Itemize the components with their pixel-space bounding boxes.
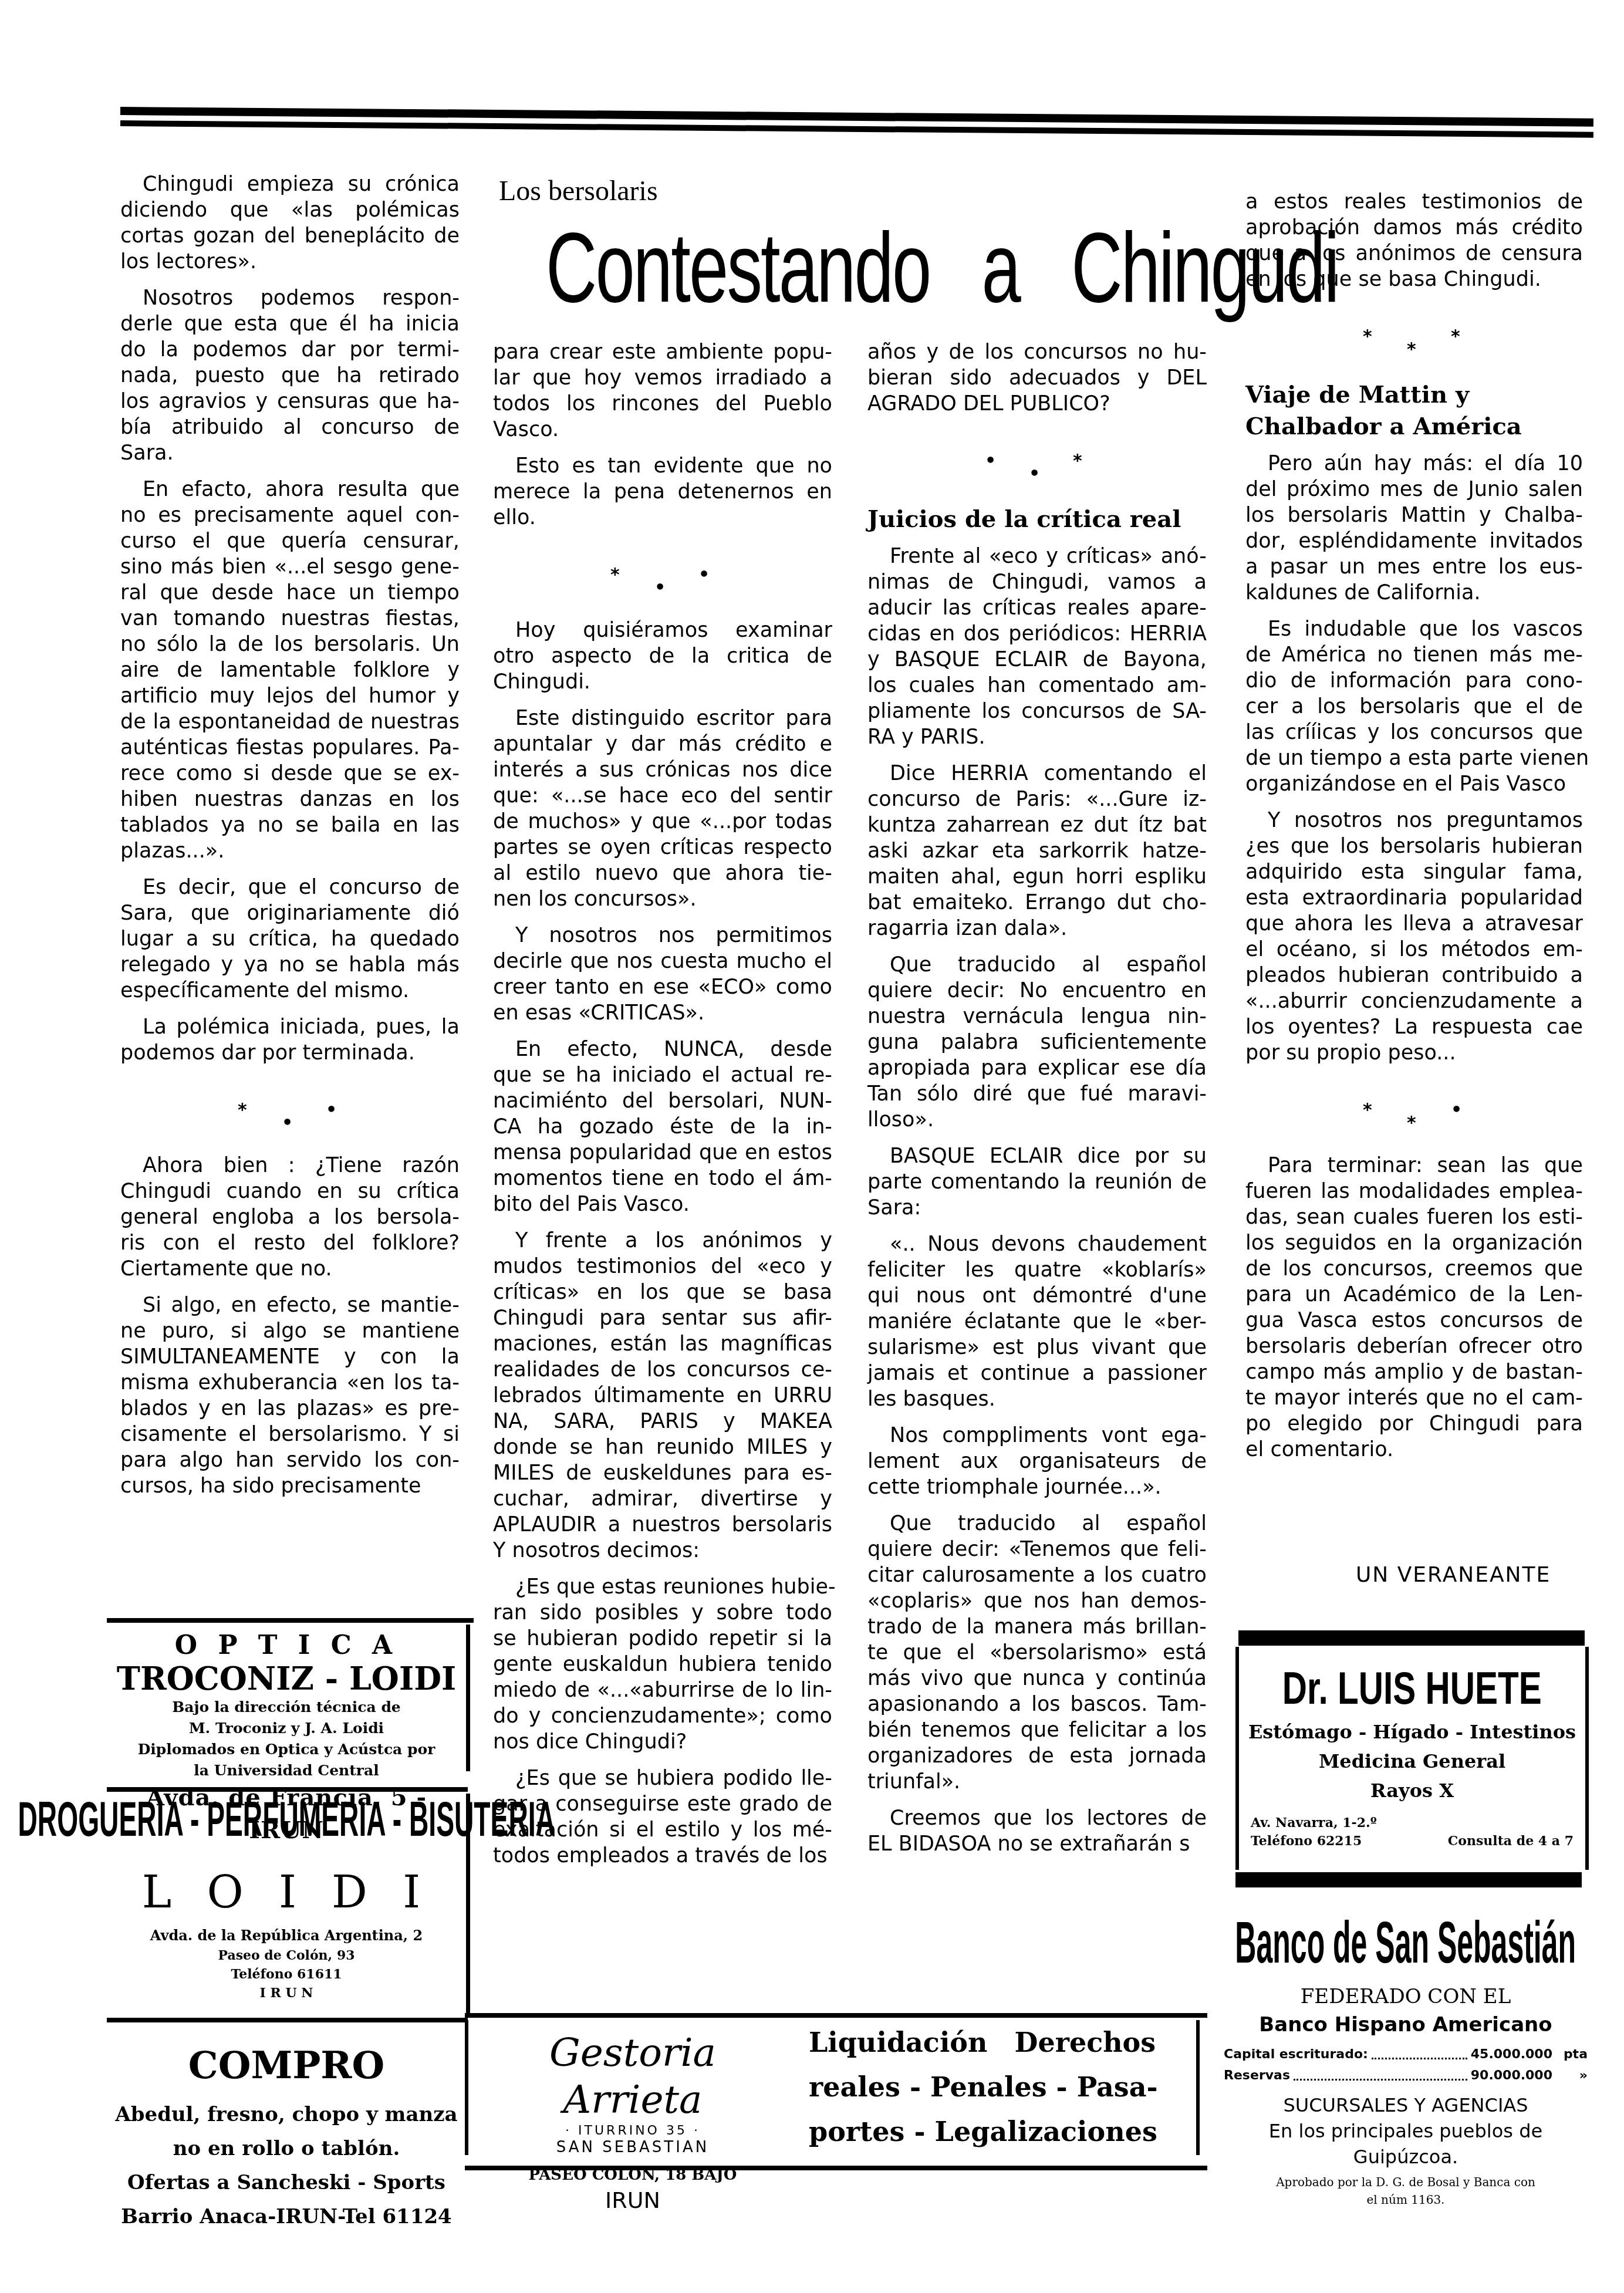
article-column-4: a estos reales testimonios deaprobación … [1245,189,1583,1473]
compro-line: no en rollo o tablón. [107,2132,466,2166]
gestoria-logo-address: · ITURRINO 35 · [474,2123,791,2139]
article-paragraph: En efacto, ahora resulta queno es precis… [120,477,460,864]
paragraph-line: podemos dar por terminada. [120,1040,460,1066]
optica-line: M. Troconiz y J. A. Loidi [107,1718,466,1739]
paragraph-line: ris con el resto del folklore? [120,1230,460,1256]
paragraph-line: guna palabra suficientemente [867,1029,1207,1055]
paragraph-line: creer tanto en ese «ECO» como [493,974,832,1000]
article-paragraph: Hoy quisiéramos examinarotro aspecto de … [493,617,832,695]
banco-ad: Banco de San Sebastián FEDERADO CON EL B… [1224,1910,1588,2208]
paragraph-line: bieran sido adecuados y DEL [867,365,1207,391]
paragraph-line: blados y en las plazas» es pre- [120,1396,460,1421]
paragraph-line: Creemos que los lectores de [867,1805,1207,1831]
paragraph-line: La polémica iniciada, pues, la [120,1014,460,1040]
huete-specialty: Medicina General [1239,1747,1585,1776]
paragraph-line: curso el que quería censurar, [120,528,460,554]
paragraph-line: do la podemos dar por termi- [120,337,460,363]
paragraph-line: específicamente del mismo. [120,978,460,1004]
paragraph-line: Hoy quisiéramos examinar [493,617,832,643]
drogueria-line: Avda. de la República Argentina, 2 [107,1925,466,1946]
paragraph-line: nos dice Chingudi? [493,1729,832,1755]
paragraph-line: Y nosotros nos preguntamos [1245,808,1583,833]
paragraph-line: lloso». [867,1107,1207,1133]
paragraph-line: Sara. [120,440,460,466]
article-paragraph: Creemos que los lectores deEL BIDASOA no… [867,1805,1207,1857]
article-paragraph: Es indudable que los vascosde América no… [1245,616,1583,797]
section-separator-asterisks: *•• [493,541,832,617]
paragraph-line: cette triomphale journée...». [867,1474,1207,1500]
article-paragraph: BASQUE ECLAIR dice por suparte comentand… [867,1143,1207,1221]
paragraph-line: decirle que nos cuesta mucho el [493,948,832,974]
paragraph-line: artificio muy lejos del humor y [120,683,460,709]
article-paragraph: Esto es tan evidente que nomerece la pen… [493,453,832,531]
paragraph-line: organizándose en el Pais Vasco [1245,771,1583,797]
paragraph-line: de los concursos, creemos que [1245,1256,1583,1282]
paragraph-line: bía atribuido al concurso de [120,414,460,440]
paragraph-line: esta extraordinaria popularidad [1245,885,1583,911]
paragraph-line: misma exhuberancia «en los ta- [120,1370,460,1396]
paragraph-line: miedo de «...«aburrirse de lo lin- [493,1677,832,1703]
section-separator-asterisks: **• [1245,1076,1583,1153]
drogueria-line: I R U N [107,1984,466,2002]
paragraph-line: te mayor interés que no el cam- [1245,1385,1583,1411]
paragraph-line: se hubieran podido repetir si la [493,1626,832,1652]
paragraph-line: Chingudi para sentar sus afir- [493,1305,832,1331]
asterisk-icon: * [1363,326,1372,347]
gestoria-city: IRUN [474,2187,791,2214]
paragraph-line: nacimiénto del bersolari, NUN- [493,1088,832,1114]
article-paragraph: a estos reales testimonios deaprobación … [1245,189,1583,292]
paragraph-line: los cuales han comentado am- [867,673,1207,698]
paragraph-line: dio de información para cono- [1245,668,1583,694]
drogueria-name: L O I D I [107,1865,466,1919]
paragraph-line: po elegido por Chingudi para [1245,1411,1583,1437]
article-headline: Contestando a Chingudi [546,211,1338,325]
asterisk-icon: • [654,578,666,598]
optica-title: O P T I C A [107,1630,466,1660]
paragraph-line: Pero aún hay más: el día 10 [1245,451,1583,477]
banco-sucursales: SUCURSALES Y AGENCIAS [1224,2092,1588,2118]
paragraph-line: los oyentes? La respuesta cae [1245,1014,1583,1040]
article-paragraph: En efecto, NUNCA, desdeque se ha iniciad… [493,1036,832,1217]
optica-line: Bajo la dirección técnica de [107,1697,466,1718]
paragraph-line: relegado y ya no se habla más [120,952,460,978]
paragraph-line: para crear este ambiente popu- [493,339,832,365]
asterisk-icon: • [1451,1100,1462,1120]
paragraph-line: MILES de euskeldunes para es- [493,1460,832,1486]
paragraph-line: años y de los concursos no hu- [867,339,1207,365]
paragraph-line: qui nous ont démontré d'une [867,1283,1207,1309]
paragraph-line: partes se oyen críticas respecto [493,835,832,860]
paragraph-line: Que traducido al español [867,952,1207,978]
paragraph-line: sino más bien «...el sesgo gene- [120,554,460,580]
gestoria-logo: Gestoria Arrieta [474,2029,791,2123]
asterisk-icon: • [1029,464,1040,484]
paragraph-line: concurso de Paris: «...Gure iz- [867,786,1207,812]
banco-reservas-label: Reservas [1224,2065,1290,2086]
paragraph-line: kaldunes de California. [1245,580,1583,606]
paragraph-line: para un Académico de la Len- [1245,1282,1583,1308]
paragraph-line: RA y PARIS. [867,724,1207,750]
paragraph-line: ¿es que los bersolaris hubieran [1245,833,1583,859]
paragraph-line: hiben nuestras danzas en los [120,786,460,812]
asterisk-icon: * [1407,339,1416,360]
paragraph-line: Y nosotros decimos: [493,1538,832,1563]
section-heading: Viaje de Mattin y Chalbador a América [1245,379,1583,443]
paragraph-line: En efecto, NUNCA, desde [493,1036,832,1062]
paragraph-line: Sara: [867,1195,1207,1221]
asterisk-icon: * [610,565,620,585]
paragraph-line: lebrados últimamente en URRU [493,1383,832,1409]
paragraph-line: lar que hoy vemos irradiado a [493,365,832,391]
paragraph-line: en los que se basa Chingudi. [1245,266,1583,292]
gestoria-ad: Gestoria Arrieta · ITURRINO 35 · SAN SEB… [465,2020,1200,2155]
paragraph-line: adquirido esta singular fama, [1245,859,1583,885]
paragraph-line: donde se han reunido MILES y [493,1434,832,1460]
paragraph-line: apropiada para explicar ese día [867,1055,1207,1081]
paragraph-line: lement aux organisateurs de [867,1448,1207,1474]
paragraph-line: apuntalar y dar más crédito e [493,731,832,757]
paragraph-line: pleados hubieran contribuido a [1245,963,1583,988]
paragraph-line: nada, puesto que ha retirado [120,363,460,389]
paragraph-line: van tomando nuestras fiestas, [120,606,460,631]
paragraph-line: Sara, que originariamente dió [120,900,460,926]
article-column-3: años y de los concursos no hu-bieran sid… [867,339,1207,1868]
paragraph-line: maciones, están las magníficas [493,1331,832,1357]
section-separator-asterisks: ••* [867,427,1207,504]
paragraph-line: mudos testimonios del «eco y [493,1254,832,1279]
banco-region: Guipúzcoa. [1224,2144,1588,2170]
banco-federado: FEDERADO CON EL [1224,1983,1588,2010]
huete-address: Av. Navarra, 1-2.º [1239,1812,1585,1833]
paragraph-line: no es precisamente aquel con- [120,502,460,528]
article-paragraph: Ahora bien : ¿Tiene razónChingudi cuando… [120,1153,460,1282]
paragraph-line: el océano, si los métodos em- [1245,937,1583,963]
banco-approval: Aprobado por la D. G. de Bosal y Banca c… [1224,2173,1588,2191]
paragraph-line: Ciertamente que no. [120,1256,460,1282]
paragraph-line: parte comentando la reunión de [867,1169,1207,1195]
paragraph-line: te que el «bersolarismo» está [867,1640,1207,1666]
paragraph-line: los bersolaris Mattin y Chalba- [1245,502,1583,528]
paragraph-line: Tan sólo diré que fué maravi- [867,1081,1207,1107]
paragraph-line: momentos tiene en todo el ám- [493,1166,832,1191]
paragraph-line: más vivo que nunca y continúa [867,1666,1207,1691]
paragraph-line: cuchar, admirar, divertirse y [493,1486,832,1512]
paragraph-line: mensa popularidad que en estos [493,1140,832,1166]
article-paragraph: «.. Nous devons chaudementfeliciter les … [867,1231,1207,1412]
gestoria-service: reales - Penales - Pasa- [809,2065,1190,2109]
paragraph-line: aducir las críticas reales apare- [867,595,1207,621]
paragraph-line: nen los concursos». [493,886,832,912]
compro-title: COMPRO [107,2042,466,2089]
paragraph-line: en esas «CRITICAS». [493,1000,832,1026]
paragraph-line: cursos, ha sido precisamente [120,1473,460,1499]
optica-ad: O P T I C A TROCONIZ - LOIDI Bajo la dir… [107,1625,470,1771]
banco-capital-unit: pta [1552,2044,1588,2065]
paragraph-line: les basques. [867,1386,1207,1412]
banco-capital-value: 45.000.000 [1471,2044,1552,2065]
banco-approval-number: el núm 1163. [1224,2191,1588,2208]
paragraph-line: cortas gozan del beneplácito de [120,223,460,249]
asterisk-icon: * [1073,451,1082,471]
paragraph-line: Dice HERRIA comentando el [867,761,1207,786]
paragraph-line: que: «...se hace eco del sentir [493,783,832,809]
huete-phone: Teléfono 62215 [1251,1833,1362,1849]
optica-name: TROCONIZ - LOIDI [107,1660,466,1697]
paragraph-line: BASQUE ECLAIR dice por su [867,1143,1207,1169]
paragraph-line: fueren las modalidades emplea- [1245,1178,1583,1204]
paragraph-line: para algo han servido los con- [120,1447,460,1473]
paragraph-line: auténticas fiestas populares. Pa- [120,735,460,761]
paragraph-line: a estos reales testimonios de [1245,189,1583,215]
huete-name: Dr. LUIS HUETE [1239,1664,1585,1711]
asterisk-icon: • [985,451,996,471]
asterisk-icon: * [1363,1100,1372,1120]
paragraph-line: que ahora les lleva a atravesar [1245,911,1583,937]
paragraph-line: los agravios y censuras que ha- [120,389,460,414]
article-paragraph: Dice HERRIA comentando elconcurso de Par… [867,761,1207,941]
section-separator-asterisks: *•• [120,1076,460,1153]
paragraph-line: de América no tienen más me- [1245,642,1583,668]
paragraph-line: al estilo nuevo que ahora tie- [493,860,832,886]
paragraph-line: otro aspecto de la critica de [493,643,832,669]
paragraph-line: dor, espléndidamente invitados [1245,528,1583,554]
article-column-2: para crear este ambiente popu-lar que ho… [493,339,832,1879]
paragraph-line: críticas» en los que se basa [493,1279,832,1305]
optica-line: la Universidad Central [107,1760,466,1781]
paragraph-line: triunfal». [867,1769,1207,1795]
paragraph-line: de muchos» y que «...por todas [493,809,832,835]
paragraph-line: trado de la manera más brillan- [867,1614,1207,1640]
paragraph-line: Este distinguido escritor para [493,705,832,731]
article-paragraph: ¿Es que estas reuniones hubie-ran sido p… [493,1574,832,1755]
paragraph-line: nuestra vernácula lengua nin- [867,1004,1207,1029]
paragraph-line: bat emaiteko. Errango dut cho- [867,890,1207,916]
asterisk-icon: * [1451,326,1460,347]
paragraph-line: «...aburrir concienzudamente a [1245,988,1583,1014]
paragraph-line: organizadores de esta jornada [867,1743,1207,1769]
paragraph-line: «coplaris» que nos han demos- [867,1588,1207,1614]
paragraph-line: Ahora bien : ¿Tiene razón [120,1153,460,1178]
article-paragraph: Este distinguido escritor paraapuntalar … [493,705,832,912]
drogueria-line: Paseo de Colón, 93 [107,1946,466,1965]
paragraph-line: maiten ahal, egun horri espliku [867,864,1207,890]
paragraph-line: AGRADO DEL PUBLICO? [867,391,1207,417]
huete-specialty: Estómago - Hígado - Intestinos [1239,1717,1585,1747]
article-paragraph: años y de los concursos no hu-bieran sid… [867,339,1207,417]
paragraph-line: el comentario. [1245,1437,1583,1463]
compro-line: Ofertas a Sancheski - Sports [107,2166,466,2200]
article-paragraph: Y nosotros nos permitimosdecirle que nos… [493,923,832,1026]
paragraph-line: del próximo mes de Junio salen [1245,477,1583,502]
huete-ad-bottom-rule [1235,1872,1582,1887]
paragraph-line: Frente al «eco y críticas» anó- [867,543,1207,569]
drogueria-title: DROGUERIA - PERFUMERIA - BISUTERIA [18,1791,555,1848]
article-paragraph: La polémica iniciada, pues, lapodemos da… [120,1014,460,1066]
paragraph-line: ragarria izan dala». [867,916,1207,941]
paragraph-line: de un tiempo a esta parte vienen [1245,745,1583,771]
paragraph-line: EL BIDASOA no se extrañarán s [867,1831,1207,1857]
article-paragraph: Y frente a los anónimos ymudos testimoni… [493,1228,832,1563]
paragraph-line: realidades de los concursos ce- [493,1357,832,1383]
banco-name-wrap: Banco de San Sebastián [1224,1910,1588,1975]
article-paragraph: Si algo, en efecto, se mantie-ne puro, s… [120,1292,460,1499]
paragraph-line: gua Vasca estos concursos de [1245,1308,1583,1333]
paragraph-line: «.. Nous devons chaudement [867,1231,1207,1257]
paragraph-line: lugar a su crítica, ha quedado [120,926,460,952]
section-heading: Juicios de la crítica real [867,504,1207,535]
paragraph-line: Y frente a los anónimos y [493,1228,832,1254]
paragraph-line: ¿Es que estas reuniones hubie- [493,1574,832,1600]
paragraph-line: Si algo, en efecto, se mantie- [120,1292,460,1318]
paragraph-line: ¿Es que se hubiera podido lle- [493,1765,832,1791]
banco-sucursales-line: En los principales pueblos de [1224,2118,1588,2144]
paragraph-line: nimas de Chingudi, vamos a [867,569,1207,595]
paragraph-line: tablados ya no se baila en las [120,812,460,838]
article-paragraph: Nos comppliments vont ega-lement aux org… [867,1423,1207,1500]
paragraph-line: bersolaris deberían ofrecer otro [1245,1333,1583,1359]
paragraph-line: que a los anónimos de censura [1245,241,1583,266]
paragraph-line: citar calurosamente a los cuatro [867,1562,1207,1588]
gestoria-logo-city: SAN SEBASTIAN [474,2139,791,2156]
asterisk-icon: • [698,565,710,585]
paragraph-line: Chingudi cuando en su crítica [120,1178,460,1204]
paragraph-line: CA ha gozado éste de la in- [493,1114,832,1140]
paragraph-line: quiere decir: «Tenemos que feli- [867,1536,1207,1562]
banco-reservas-value: 90.000.000 [1471,2065,1552,2086]
paragraph-line: a pasar un mes entre los eus- [1245,554,1583,580]
paragraph-line: do y concienzudamente»; como [493,1703,832,1729]
gestoria-ad-top-rule [465,2013,1207,2018]
paragraph-line: SIMULTANEAMENTE y con la [120,1344,460,1370]
paragraph-line: derle que esta que él ha inicia [120,311,460,337]
paragraph-line: por su propio peso... [1245,1040,1583,1066]
paragraph-line: Nos comppliments vont ega- [867,1423,1207,1448]
compro-line: Abedul, fresno, chopo y manza [107,2098,466,2132]
paragraph-line: ran sido posibles y sobre todo [493,1600,832,1626]
paragraph-line: pliamente los concursos de SA- [867,698,1207,724]
article-paragraph: Para terminar: sean las quefueren las mo… [1245,1153,1583,1463]
asterisk-icon: • [282,1113,293,1133]
paragraph-line: En efacto, ahora resulta que [120,477,460,502]
article-paragraph: Chingudi empieza su crónicadiciendo que … [120,171,460,275]
paragraph-line: apasionando a los bascos. Tam- [867,1691,1207,1717]
paragraph-line: ello. [493,505,832,531]
drogueria-ad-bottom-rule [107,2018,468,2022]
paragraph-line: cisamente el bersolarismo. Y si [120,1421,460,1447]
paragraph-line: gente euskaldun hubiera tenido [493,1652,832,1677]
huete-ad-top-rule [1238,1630,1585,1646]
banco-reservas-unit: » [1552,2065,1588,2086]
article-paragraph: Nosotros podemos respon-derle que esta q… [120,285,460,466]
paragraph-line: todos los rincones del Pueblo [493,391,832,417]
paragraph-line: diciendo que «las polémicas [120,197,460,223]
optica-ad-top-rule [107,1618,474,1623]
paragraph-line: Nosotros podemos respon- [120,285,460,311]
asterisk-icon: * [1407,1113,1416,1133]
paragraph-line: los seguidos en la organización [1245,1230,1583,1256]
paragraph-line: aire de lamentable folklore y [120,657,460,683]
article-kicker: Los bersolaris [499,175,658,207]
paragraph-line: bito del Pais Vasco. [493,1191,832,1217]
huete-ad: Dr. LUIS HUETE Estómago - Hígado - Intes… [1235,1647,1589,1870]
paragraph-line: interés a sus crónicas nos dice [493,757,832,783]
paragraph-line: kuntza zaharrean ez dut ítz bat [867,812,1207,838]
compro-ad: COMPRO Abedul, fresno, chopo y manza no … [107,2042,466,2234]
paragraph-line: las crííicas y los concursos que [1245,720,1583,745]
paragraph-line: das, sean cuales fueren los esti- [1245,1204,1583,1230]
gestoria-service: portes - Legalizaciones [809,2109,1190,2154]
paragraph-line: sularisme» est plus vivant que [867,1335,1207,1360]
paragraph-line: Es decir, que el concurso de [120,874,460,900]
paragraph-line: feliciter les quatre «koblarís» [867,1257,1207,1283]
paragraph-line: APLAUDIR a nuestros bersolaris [493,1512,832,1538]
paragraph-line: merece la pena detenernos en [493,479,832,505]
paragraph-line: rece como si desde que se ex- [120,761,460,786]
paragraph-line: plazas...». [120,838,460,864]
paragraph-line: Que traducido al español [867,1511,1207,1536]
gestoria-ad-bottom-rule [465,2166,1207,2170]
article-paragraph: Que traducido al españolquiere decir: No… [867,952,1207,1133]
banco-partner: Banco Hispano Americano [1224,2010,1588,2039]
section-separator-asterisks: *** [1245,303,1583,379]
paragraph-line: Esto es tan evidente que no [493,453,832,479]
banco-capital-row: Capital escriturado: 45.000.000 pta [1224,2044,1588,2065]
paragraph-line: aprobación damos más crédito [1245,215,1583,241]
optica-line: Diplomados en Optica y Acústca por [107,1739,466,1760]
paragraph-line: Es indudable que los vascos [1245,616,1583,642]
paragraph-line: general engloba a los bersola- [120,1204,460,1230]
banco-capital-label: Capital escriturado: [1224,2044,1368,2065]
paragraph-line: los lectores». [120,249,460,275]
paragraph-line: bién tenemos que felicitar a los [867,1717,1207,1743]
paragraph-line: ne puro, si algo se mantiene [120,1318,460,1344]
huete-specialty: Rayos X [1239,1776,1585,1805]
article-paragraph: Que traducido al españolquiere decir: «T… [867,1511,1207,1795]
drogueria-ad: DROGUERIA - PERFUMERIA - BISUTERIA L O I… [107,1794,470,2017]
paragraph-line: Y nosotros nos permitimos [493,923,832,948]
banco-name: Banco de San Sebastián [1235,1909,1576,1977]
paragraph-line: de la espontaneidad de nuestras [120,709,460,735]
paragraph-line: Chingudi empieza su crónica [120,171,460,197]
paragraph-line: campo más amplio y de bastan- [1245,1359,1583,1385]
article-signature: UN VERANEANTE [1356,1563,1551,1587]
paragraph-line: cer a los bersolaris que el de [1245,694,1583,720]
article-paragraph: Y nosotros nos preguntamos¿es que los be… [1245,808,1583,1066]
compro-line: Barrio Anaca-IRUN-Tel 61124 [107,2200,466,2234]
article-paragraph: Es decir, que el concurso deSara, que or… [120,874,460,1004]
paragraph-line: maniére éclatante que le «ber- [867,1309,1207,1335]
paragraph-line: quiere decir: No encuentro en [867,978,1207,1004]
asterisk-icon: * [238,1100,247,1120]
article-paragraph: Frente al «eco y críticas» anó-nimas de … [867,543,1207,750]
paragraph-line: NA, SARA, PARIS y MAKEA [493,1409,832,1434]
paragraph-line: que se ha iniciado el actual re- [493,1062,832,1088]
paragraph-line: jamais et continue a passioner [867,1360,1207,1386]
drogueria-line: Teléfono 61611 [107,1965,466,1984]
article-paragraph: Pero aún hay más: el día 10del próximo m… [1245,451,1583,606]
paragraph-line: cidas en dos periódicos: HERRIA [867,621,1207,647]
article-paragraph: para crear este ambiente popu-lar que ho… [493,339,832,443]
banco-reservas-row: Reservas 90.000.000 » [1224,2065,1588,2086]
paragraph-line: no sólo la de los bersolaris. Un [120,631,460,657]
paragraph-line: y BASQUE ECLAIR de Bayona, [867,647,1207,673]
gestoria-service: Liquidación Derechos [809,2020,1190,2065]
paragraph-line: aski azkar eta sarkorrik hatze- [867,838,1207,864]
paragraph-line: ral que desde hace un tiempo [120,580,460,606]
asterisk-icon: • [326,1100,337,1120]
paragraph-line: Para terminar: sean las que [1245,1153,1583,1178]
